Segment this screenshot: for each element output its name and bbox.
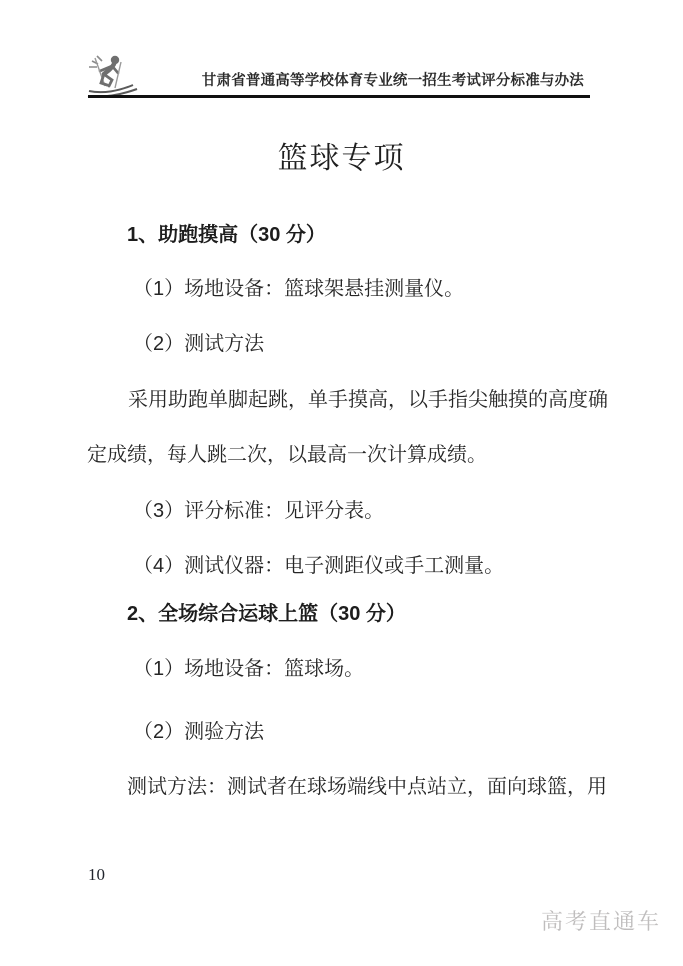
paragraph-line: 测试方法：测试者在球场端线中点站立，面向球篮，用 [127, 776, 607, 799]
skier-icon [85, 52, 141, 100]
list-item: （3）评分标准：见评分表。 [133, 500, 384, 523]
list-item: （2）测验方法 [133, 721, 264, 744]
header-title: 甘肃省普通高等学校体育专业统一招生考试评分标准与办法 [202, 74, 584, 89]
section-heading: 1、助跑摸高（30 分） [127, 224, 326, 247]
section-heading: 2、全场综合运球上篮（30 分） [127, 603, 406, 626]
list-item: （4）测试仪器：电子测距仪或手工测量。 [133, 555, 504, 578]
page-number: 10 [88, 866, 105, 883]
watermark: 高考直通车 [541, 911, 661, 933]
document-page: 甘肃省普通高等学校体育专业统一招生考试评分标准与办法 篮球专项 1、助跑摸高（3… [0, 0, 683, 966]
page-title: 篮球专项 [0, 142, 683, 175]
paragraph-line: 定成绩，每人跳二次，以最高一次计算成绩。 [87, 444, 487, 467]
list-item: （2）测试方法 [133, 333, 264, 356]
header-rule [88, 95, 590, 98]
paragraph-line: 采用助跑单脚起跳，单手摸高，以手指尖触摸的高度确 [128, 389, 608, 412]
list-item: （1）场地设备：篮球架悬挂测量仪。 [133, 278, 464, 301]
list-item: （1）场地设备：篮球场。 [133, 658, 364, 681]
